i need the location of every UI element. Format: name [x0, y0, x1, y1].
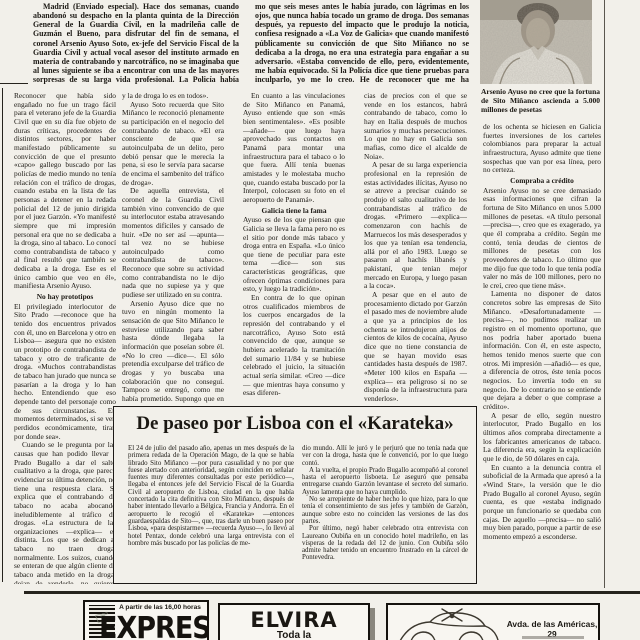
paragraph: Cuando se le pregunta por las causas que… [14, 441, 116, 584]
paragraph: En contra de lo que opinan otros cualifi… [243, 294, 345, 398]
article-column-1: Reconocer que había sido engañado no fue… [14, 92, 116, 584]
paragraph: A pesar de ello, según nuestro interlocu… [483, 412, 601, 464]
paragraph: Lamenta no disponer de datos concretos s… [483, 290, 601, 411]
paragraph: El 24 de julio del pasado año, apenas un… [128, 445, 294, 547]
paragraph: dio mundo. Allí le juró y le perjuró que… [302, 445, 468, 467]
paragraph: En cuanto a la denuncia contra el subofi… [483, 464, 601, 542]
left-vertical-rule [2, 88, 3, 582]
paragraph: Ayuso es de los que piensan que Galicia … [243, 216, 345, 294]
paragraph: A pesar que en el auto de procesamiento … [364, 291, 467, 403]
article-column-2: y la de droga lo es en todos». Ayuso Sot… [122, 92, 224, 403]
elvira-ad-name: ELVIRA [220, 610, 368, 630]
article-column-5: de los ochenta se hiciesen en Galicia fu… [483, 123, 601, 585]
lead-text-b: mo que seis meses antes le había jurado,… [255, 2, 469, 84]
elvira-ad-tagline: Toda la [220, 630, 368, 640]
article-column-3: En cuanto a las vinculaciones de Sito Mi… [243, 92, 345, 403]
paragraph: cias de precios con el que se vende en l… [364, 92, 467, 161]
express-ad-header: A partir de las 16,00 horas [113, 604, 207, 611]
address-ad-phone-smudge [522, 636, 584, 639]
paragraph: No se arrepiente de haber hecho lo que h… [302, 496, 468, 525]
newspaper-page: Madrid (Enviado especial). Hace dos sema… [0, 0, 640, 640]
paragraph: Ayuso Soto recuerda que Sito Miñanco le … [122, 101, 224, 188]
lead-paragraph-column-b: mo que seis meses antes le había jurado,… [255, 2, 469, 84]
article-column-4: cias de precios con el que se vende en l… [364, 92, 467, 403]
express-ad: ☞ A partir de las 16,00 horas EXPRESS [83, 600, 209, 640]
express-ad-name: EXPRESS [99, 611, 209, 640]
right-vertical-rule [604, 0, 605, 588]
bottom-section-rule [24, 591, 640, 594]
paragraph: Arsenio Ayuso dice que no tuvo en ningún… [122, 300, 224, 403]
paragraph: Arsenio Ayuso no se cree demasiado esas … [483, 187, 601, 291]
boxed-article-column-b: dio mundo. Allí le juró y le perjuró que… [302, 445, 468, 579]
lead-paragraph-column-a: Madrid (Enviado especial). Hace dos sema… [33, 2, 239, 84]
photo-arsenio-ayuso [480, 0, 592, 84]
paragraph: Reconocer que había sido engañado no fue… [14, 92, 116, 291]
paragraph: A pesar de su larga experiencia profesio… [364, 161, 467, 291]
section-heading-no-hay-prototipos: No hay prototipos [14, 293, 116, 302]
lead-text-a: Madrid (Enviado especial). Hace dos sema… [33, 2, 239, 84]
car-line-drawing-icon [396, 607, 500, 640]
portrait-illustration [480, 0, 592, 84]
section-heading-compraba-a-credito: Compraba a crédito [483, 177, 601, 186]
paragraph: de los ochenta se hiciesen en Galicia fu… [483, 123, 601, 175]
paragraph: En cuanto a las vinculaciones de Sito Mi… [243, 92, 345, 205]
paragraph: Por último, negó haber celebrado otra en… [302, 525, 468, 561]
paragraph: A la vuelta, el propio Prado Bugallo aco… [302, 467, 468, 496]
left-margin-tick-rule [0, 83, 28, 84]
paragraph: De aquella entrevista, el coronel de la … [122, 187, 224, 300]
paragraph: El privilegiado interlocutor de Sito Pra… [14, 303, 116, 442]
boxed-article-title: De paseo por Lisboa con el «Karateka» [114, 413, 476, 435]
boxed-article-karateka: De paseo por Lisboa con el «Karateka» El… [113, 406, 477, 584]
boxed-article-column-a: El 24 de julio del pasado año, apenas un… [128, 445, 294, 579]
address-ad: Avda. de las Américas, 29 [386, 603, 600, 640]
elvira-ad: ELVIRA Toda la [218, 603, 370, 640]
photo-caption: Arsenio Ayuso no cree que la fortuna de … [481, 87, 600, 118]
section-heading-galicia-tiene-la-fama: Galicia tiene la fama [243, 207, 345, 216]
